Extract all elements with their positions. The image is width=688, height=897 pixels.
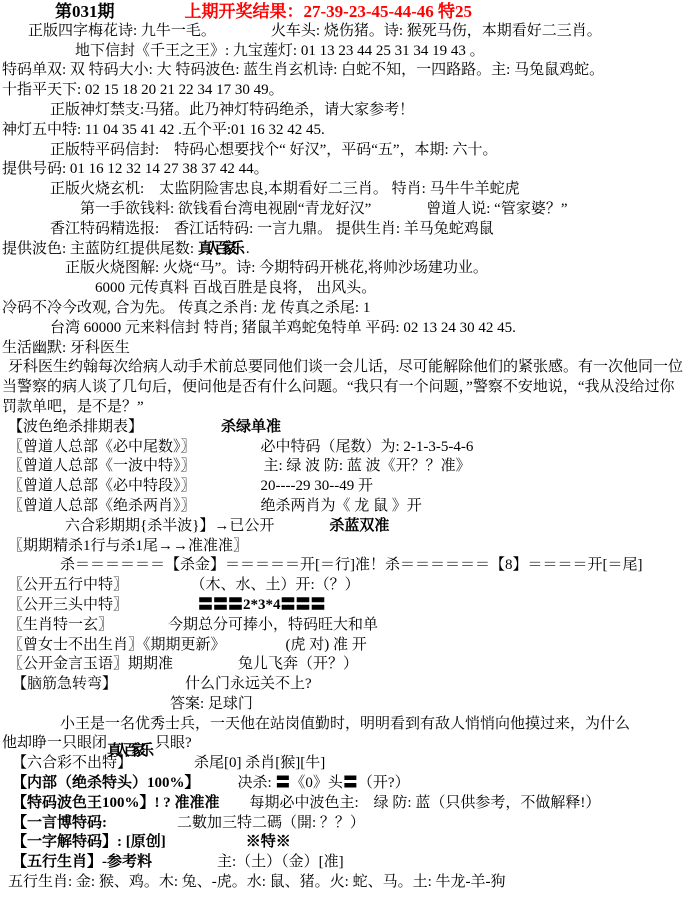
text-segment: 牙科医生约翰每次给病人动手术前总要同他们谈一会儿话，尽可能解除他们的紧张感。有一…	[8, 359, 683, 375]
text-segment: 〖公开金言玉语〗期期准	[8, 656, 173, 672]
text-line: 〖曾道人总部《必中特段》〗20----29 30--49 开	[0, 477, 688, 497]
text-line: 6000 元传真料 百战百胜是良将， 出风头。	[0, 279, 688, 299]
text-segment: 正版神灯禁支:马猪。此乃神灯特码绝杀，请大家参考！	[50, 102, 414, 118]
text-line: 〖生肖特一玄〗今期总分可捧小，特码旺大和单	[0, 616, 688, 636]
text-line: 〖公开五行中特〗（木、水、土）开:（？）	[0, 576, 688, 596]
text-segment: 当警察的病人谈了几句后，便问他是否有什么问题。“我只有一个问题，”警察不安地说，…	[2, 379, 674, 395]
text-segment: 真人百家乐	[107, 742, 147, 762]
text-segment: 杀蓝双准	[329, 518, 389, 534]
text-segment: (虎 对) 准 开	[286, 637, 367, 653]
text-line: 特码单双: 双 特码大小: 大 特码波色: 蓝生肖玄机诗: 白蛇不知，一四路路。…	[0, 61, 688, 81]
text-segment: 【五行生肖】-参考料	[12, 854, 152, 870]
lottery-tip-sheet: 第031期上期开奖结果：27-39-23-45-44-46 特25正版四字梅花诗…	[0, 0, 688, 897]
text-segment: 绝杀两肖为《 龙 鼠 》开	[261, 498, 422, 514]
text-line: 第一手欲钱料: 欲钱看台湾电视剧“青龙好汉”曾道人说: “管家婆？”	[0, 200, 688, 220]
text-segment: 六合彩期期{杀半波}】→已公开	[65, 518, 274, 534]
text-segment: 五行生肖: 金: 猴、鸡。木: 兔、-虎。水: 鼠、猪。火: 蛇、马。土: 牛龙…	[8, 874, 506, 890]
text-segment: 第一手欲钱料: 欲钱看台湾电视剧“青龙好汉”	[80, 201, 371, 217]
text-segment: 每期必中波色主: 绿 防: 蓝（只供参考，不做解释!）	[250, 795, 601, 811]
text-segment: 【一言博特码:	[12, 815, 107, 831]
text-line: 正版特平码信封: 特码心想要找个“ 好汉”，平码“五”，本期: 六十。	[0, 141, 688, 161]
text-segment: 正版火烧玄机: 太监阴险害忠良,本期看好二三肖。 特肖: 马牛牛羊蛇虎	[50, 181, 520, 197]
text-segment: 正版特平码信封: 特码心想要找个“ 好汉”，平码“五”，本期: 六十。	[50, 142, 497, 158]
text-line: 冷码不冷今改观, 合为先。 传真之杀肖: 龙 传真之杀尾: 1	[0, 299, 688, 319]
text-segment: 正版四字梅花诗: 九牛一毛。	[28, 23, 216, 39]
text-segment: 二數加三特二碼（開: ？？）	[177, 815, 365, 831]
text-line: 答案: 足球门	[0, 695, 688, 715]
text-line: 十指平天下: 02 15 18 20 21 22 34 17 30 49。	[0, 81, 688, 101]
text-segment: 只眼?	[155, 735, 192, 751]
text-line: 【一字解特码】: [原创]※特※	[0, 833, 688, 853]
text-line: 【六合彩不出特】杀尾[0] 杀肖[猴][牛]	[0, 754, 688, 774]
text-line: 〖曾道人总部《一波中特》〗主: 绿 波 防: 蓝 波《开？？准》	[0, 457, 688, 477]
text-segment: 特码单双: 双 特码大小: 大 特码波色: 蓝生肖玄机诗: 白蛇不知，一四路路。…	[2, 62, 604, 78]
text-line: 他却睁一只眼闭真人百家乐只眼?	[0, 734, 688, 754]
text-line: 五行生肖: 金: 猴、鸡。木: 兔、-虎。水: 鼠、猪。火: 蛇、马。土: 牛龙…	[0, 873, 688, 893]
text-line: 〖公开三头中特〗〓〓〓2*3*4〓〓〓	[0, 596, 688, 616]
text-segment: 香江特码精选报: 香江话特码: 一言九鼎。 提供生肖: 羊马兔蛇鸡鼠	[50, 221, 494, 237]
text-segment: ※特※	[246, 834, 291, 850]
text-line: 罚款单吧，是不是？”	[0, 398, 688, 418]
text-line: 神灯五中特: 11 04 35 41 42 .五个平:01 16 32 42 4…	[0, 121, 688, 141]
text-segment: 〖曾道人总部《必中特段》〗	[8, 478, 196, 494]
text-segment: 火车头: 烧伤猪。诗: 猴死马伤，本期看好二三肖。	[271, 23, 602, 39]
text-segment: 提供波色: 主蓝防红提供尾数:	[2, 241, 198, 257]
text-segment: 〖期期精杀1行与杀1尾→→准准准〗	[8, 538, 248, 554]
text-line: 第031期上期开奖结果：27-39-23-45-44-46 特25	[0, 2, 688, 22]
text-line: 提供号码: 01 16 12 32 14 27 38 37 42 44。	[0, 160, 688, 180]
text-line: 台湾 60000 元来料信封 特肖; 猪鼠羊鸡蛇兔特单 平码: 02 13 24…	[0, 319, 688, 339]
text-line: 当警察的病人谈了几句后，便问他是否有什么问题。“我只有一个问题，”警察不安地说，…	[0, 378, 688, 398]
text-line: 杀＝＝＝＝＝＝【杀金】＝＝＝＝＝开[＝行]准！杀＝＝＝＝＝＝【8】＝＝＝＝开[＝…	[0, 556, 688, 576]
text-line: 【一言博特码:二數加三特二碼（開: ？？）	[0, 814, 688, 834]
text-segment: 【内部（绝杀特头）100%】	[12, 775, 200, 791]
text-line: 〖曾女士不出生肖〗《期期更新》(虎 对) 准 开	[0, 636, 688, 656]
last-draw-result: 上期开奖结果：27-39-23-45-44-46 特25	[185, 2, 473, 21]
text-segment: 今期总分可捧小，特码旺大和单	[168, 617, 378, 633]
text-line: 【内部（绝杀特头）100%】决杀: 〓《0》头〓（开?）	[0, 774, 688, 794]
text-line: 〖公开金言玉语〗期期准兔儿飞奔（开？）	[0, 655, 688, 675]
text-line: 生活幽默: 牙科医生	[0, 339, 688, 359]
text-line: 正版四字梅花诗: 九牛一毛。火车头: 烧伤猪。诗: 猴死马伤，本期看好二三肖。	[0, 22, 688, 42]
text-segment: 答案: 足球门	[170, 696, 253, 712]
text-segment: .	[246, 241, 250, 257]
text-segment: 杀尾[0] 杀肖[猴][牛]	[194, 755, 325, 771]
text-segment: 杀＝＝＝＝＝＝【杀金】＝＝＝＝＝开[＝行]准！杀＝＝＝＝＝＝【8】＝＝＝＝开[＝…	[60, 557, 643, 573]
text-line: 【五行生肖】-参考料主:（土）（金）[准]	[0, 853, 688, 873]
text-segment: 【一字解特码】: [原创]	[12, 834, 166, 850]
text-segment: 〖公开五行中特〗	[8, 577, 128, 593]
text-segment: 神灯五中特: 11 04 35 41 42 .五个平:01 16 32 42 4…	[2, 122, 325, 138]
text-line: 〖期期精杀1行与杀1尾→→准准准〗	[0, 537, 688, 557]
text-line: 小王是一名优秀士兵，一天他在站岗值勤时，明明看到有敌人悄悄向他摸过来，为什么	[0, 715, 688, 735]
text-segment: 冷码不冷今改观, 合为先。 传真之杀肖: 龙 传真之杀尾: 1	[2, 300, 370, 316]
text-line: 〖曾道人总部《绝杀两肖》〗绝杀两肖为《 龙 鼠 》开	[0, 497, 688, 517]
text-line: 【特码波色王100%】! ? 准准准每期必中波色主: 绿 防: 蓝（只供参考，不…	[0, 794, 688, 814]
text-segment: 正版火烧图解: 火烧“马”。诗: 今期特码开桃花,将帅沙场建功业。	[65, 260, 488, 276]
text-segment: 小王是一名优秀士兵，一天他在站岗值勤时，明明看到有敌人悄悄向他摸过来，为什么	[60, 716, 630, 732]
text-segment: 〖曾道人总部《一波中特》〗	[8, 458, 196, 474]
text-segment: 主: 绿 波 防: 蓝 波《开？？准》	[264, 458, 471, 474]
text-line: 【波色绝杀排期表】杀绿单准	[0, 418, 688, 438]
text-line: 正版火烧玄机: 太监阴险害忠良,本期看好二三肖。 特肖: 马牛牛羊蛇虎	[0, 180, 688, 200]
text-segment: 提供号码: 01 16 12 32 14 27 38 37 42 44。	[2, 161, 269, 177]
text-segment: （木、水、土）开:（？）	[198, 577, 360, 593]
text-line: 正版火烧图解: 火烧“马”。诗: 今期特码开桃花,将帅沙场建功业。	[0, 259, 688, 279]
text-segment: 〖曾女士不出生肖〗《期期更新》	[8, 637, 226, 653]
text-line: 提供波色: 主蓝防红提供尾数: 真人百家乐.	[0, 240, 688, 260]
text-segment: 罚款单吧，是不是？”	[2, 399, 144, 415]
text-segment: 〖曾道人总部《绝杀两肖》〗	[8, 498, 196, 514]
text-line: 正版神灯禁支:马猪。此乃神灯特码绝杀，请大家参考！	[0, 101, 688, 121]
text-segment: 〖公开三头中特〗	[8, 597, 128, 613]
text-segment: 杀绿单准	[221, 419, 281, 435]
text-line: 【脑筋急转弯】什么门永远关不上?	[0, 675, 688, 695]
text-segment: 【脑筋急转弯】	[12, 676, 117, 692]
text-segment: 【特码波色王100%】! ? 准准准	[12, 795, 220, 811]
text-segment: 6000 元传真料 百战百胜是良将， 出风头。	[95, 280, 376, 296]
text-segment: 他却睁一只眼闭	[2, 735, 107, 751]
text-segment: 【波色绝杀排期表】	[8, 419, 143, 435]
text-line: 〖曾道人总部《必中尾数》〗必中特码（尾数）为: 2-1-3-5-4-6	[0, 438, 688, 458]
text-segment: 兔儿飞奔（开？）	[238, 656, 358, 672]
text-segment: 地下信封《千王之王》: 九宝莲灯: 01 13 23 44 25 31 34 1…	[75, 43, 485, 59]
text-segment: 十指平天下: 02 15 18 20 21 22 34 17 30 49。	[2, 82, 284, 98]
text-segment: 台湾 60000 元来料信封 特肖; 猪鼠羊鸡蛇兔特单 平码: 02 13 24…	[50, 320, 516, 336]
text-line: 地下信封《千王之王》: 九宝莲灯: 01 13 23 44 25 31 34 1…	[0, 42, 688, 62]
text-segment: 决杀: 〓《0》头〓（开?）	[238, 775, 410, 791]
text-segment: 主:（土）（金）[准]	[217, 854, 344, 870]
text-line: 香江特码精选报: 香江话特码: 一言九鼎。 提供生肖: 羊马兔蛇鸡鼠	[0, 220, 688, 240]
text-segment: 〖生肖特一玄〗	[8, 617, 113, 633]
text-segment: 必中特码（尾数）为: 2-1-3-5-4-6	[261, 439, 474, 455]
text-segment: 〓〓〓2*3*4〓〓〓	[198, 597, 326, 613]
text-line: 六合彩期期{杀半波}】→已公开杀蓝双准	[0, 517, 688, 537]
text-segment: 什么门永远关不上?	[185, 676, 312, 692]
text-segment: 曾道人说: “管家婆？”	[426, 201, 567, 217]
text-segment: 20----29 30--49 开	[261, 478, 373, 494]
text-segment: 〖曾道人总部《必中尾数》〗	[8, 439, 196, 455]
text-segment: 生活幽默: 牙科医生	[2, 340, 130, 356]
text-line: 牙科医生约翰每次给病人动手术前总要同他们谈一会儿话，尽可能解除他们的紧张感。有一…	[0, 358, 688, 378]
issue-number: 第031期	[55, 2, 115, 21]
text-segment: 真人百家乐	[198, 240, 238, 260]
